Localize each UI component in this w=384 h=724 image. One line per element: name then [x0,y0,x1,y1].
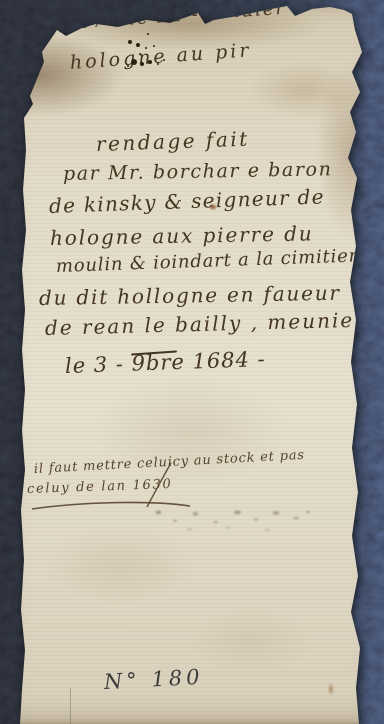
archivist-note-line-1: il faut mettre celuicy au stock et pas [34,449,305,476]
paper-sheet-wrap: 1687 - le 24 - ianuier hologne au pir re… [0,0,384,724]
photographed-manuscript: 1687 - le 24 - ianuier hologne au pir re… [0,0,384,724]
body-line-1: rendage fait [96,129,250,154]
catalog-number: N° 180 [103,667,204,693]
header-place-line: hologne au pir [69,41,252,73]
header-year-line: 1687 - le 24 - ianuier [51,0,286,34]
paper-crease [70,688,71,724]
body-line-4: hologne aux pierre du [50,223,314,248]
body-line-3: de kinsky & seigneur de [49,186,325,216]
body-line-5: moulin & ioindart a la cimitier [56,247,359,276]
body-line-7: de rean le bailly , meunie [45,310,355,338]
paper-sheet: 1687 - le 24 - ianuier hologne au pir re… [0,0,384,724]
body-line-6: du dit hollogne en faueur [39,283,341,308]
body-line-2: par Mr. borchar e baron [63,160,333,184]
ink-smudge-faint [170,522,300,536]
archivist-note-line-2: celuy de lan 1630 [27,478,173,496]
ink-blot-cluster [128,40,132,44]
